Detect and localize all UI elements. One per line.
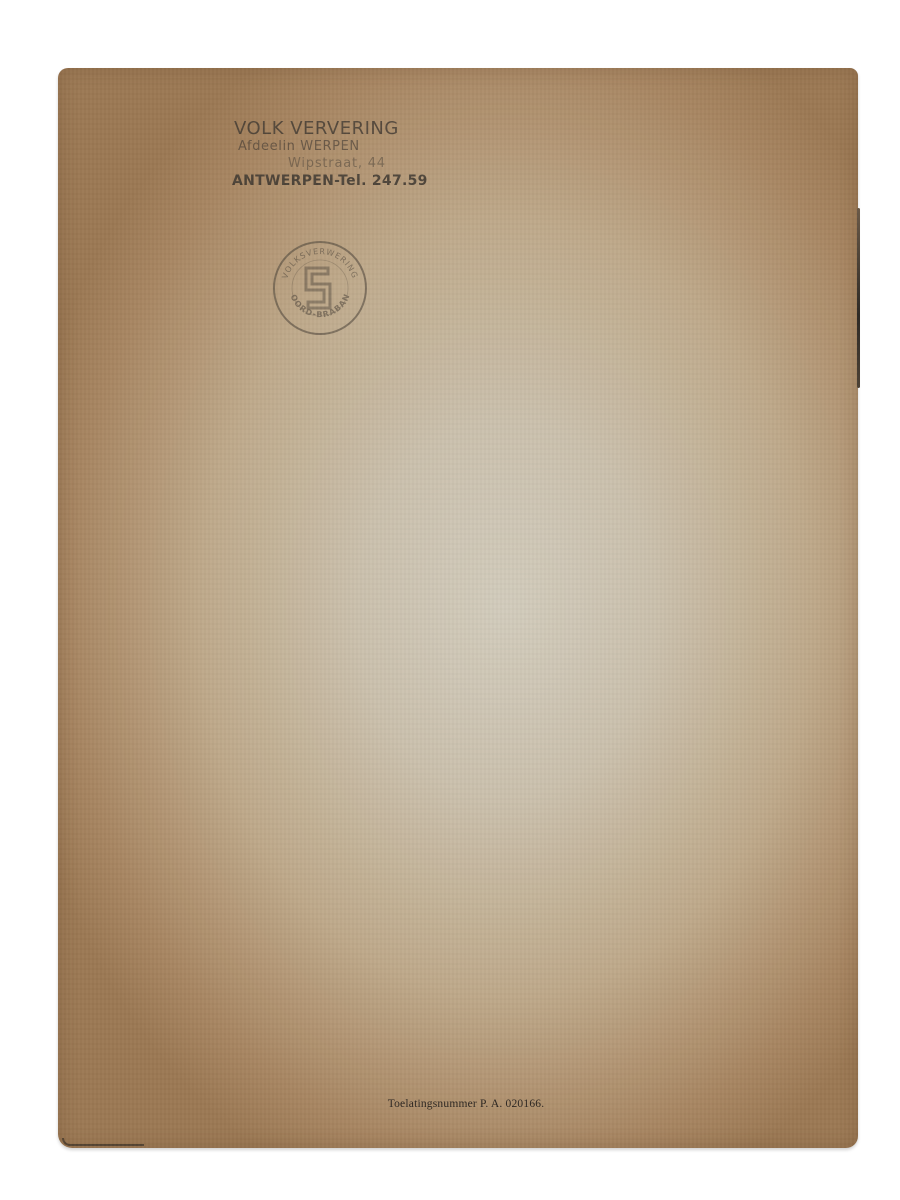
address-stamp-line-3: Wipstraat, 44: [288, 157, 386, 170]
address-stamp-line-1: VOLK VERVERING: [234, 120, 399, 138]
document-sheet: VOLK VERVERING Afdeelin WERPEN Wipstraat…: [58, 68, 858, 1148]
round-stamp-icon: VOLKSVERWERING NOORD-BRABANT: [270, 238, 370, 338]
address-stamp-line-2: Afdeelin WERPEN: [238, 140, 360, 153]
sheet-corner-fold: [62, 1138, 144, 1146]
permit-number: Toelatingsnummer P. A. 020166.: [58, 1098, 858, 1110]
sheet-edge-shadow: [857, 208, 860, 388]
address-stamp-line-4: ANTWERPEN-Tel. 247.59: [232, 174, 428, 188]
permit-number-text: Toelatingsnummer P. A. 020166.: [388, 1098, 545, 1110]
